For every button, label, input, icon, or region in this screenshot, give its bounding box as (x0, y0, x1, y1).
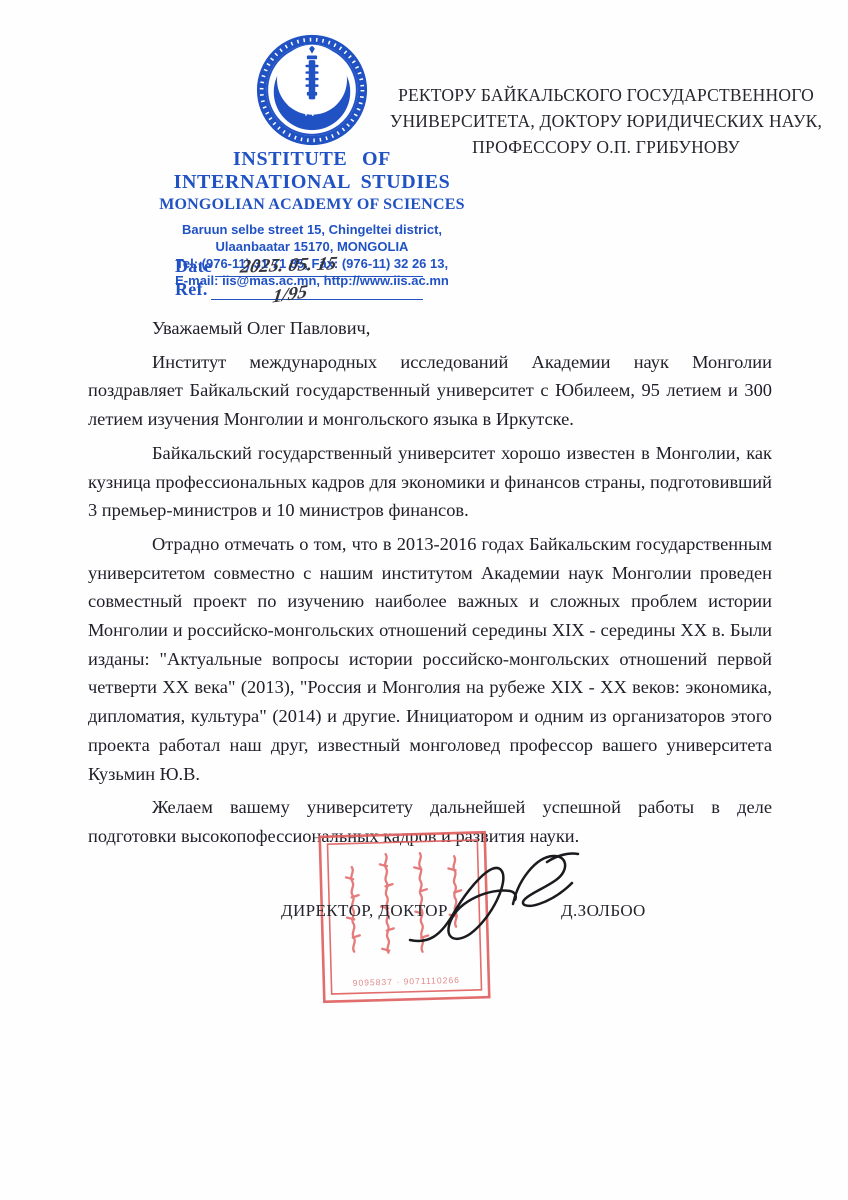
ref-label: Ref. (175, 279, 211, 300)
recipient-line: УНИВЕРСИТЕТА, ДОКТОРУ ЮРИДИЧЕСКИХ НАУК, (388, 108, 824, 134)
ref-line: 1/95 (211, 276, 423, 300)
reference-block: Date 2025. 05. 15 Ref. 1/95 (175, 254, 423, 300)
org-name-line-3: MONGOLIAN ACADEMY OF SCIENCES (138, 194, 486, 216)
salutation: Уважаемый Олег Павлович, (88, 314, 772, 343)
paragraph: Институт международных исследований Акад… (88, 348, 772, 434)
date-label: Date (175, 256, 215, 277)
ref-handwritten-value: 1/95 (271, 281, 309, 308)
address-line: Baruun selbe street 15, Chingeltei distr… (138, 221, 486, 238)
ref-row: Ref. 1/95 (175, 277, 423, 300)
date-row: Date 2025. 05. 15 (175, 254, 423, 277)
date-line: 2025. 05. 15 (215, 253, 423, 277)
recipient-line: РЕКТОРУ БАЙКАЛЬСКОГО ГОСУДАРСТВЕННОГО (388, 82, 824, 108)
recipient-block: РЕКТОРУ БАЙКАЛЬСКОГО ГОСУДАРСТВЕННОГО УН… (388, 82, 824, 160)
paragraph: Отрадно отмечать о том, что в 2013-2016 … (88, 530, 772, 788)
paragraph: Байкальский государственный университет … (88, 439, 772, 525)
letter-body: Уважаемый Олег Павлович, Институт междун… (88, 314, 772, 856)
org-name-line-2: INTERNATIONAL STUDIES (138, 171, 486, 194)
letterhead: ЭРДЭМ INSTITUTE OF INTERNATIONAL STUDIES… (138, 34, 486, 289)
signer-title: ДИРЕКТОР, ДОКТОР (281, 901, 448, 921)
recipient-line: ПРОФЕССОРУ О.П. ГРИБУНОВУ (388, 134, 824, 160)
letter-page: ЭРДЭМ INSTITUTE OF INTERNATIONAL STUDIES… (0, 0, 848, 1200)
signer-name: Д.ЗОЛБОО (561, 901, 646, 921)
stamp-number: 9095837 · 9071110266 (353, 975, 461, 988)
date-handwritten-value: 2025. 05. 15 (238, 253, 338, 278)
institute-emblem-icon: ЭРДЭМ (256, 34, 368, 146)
